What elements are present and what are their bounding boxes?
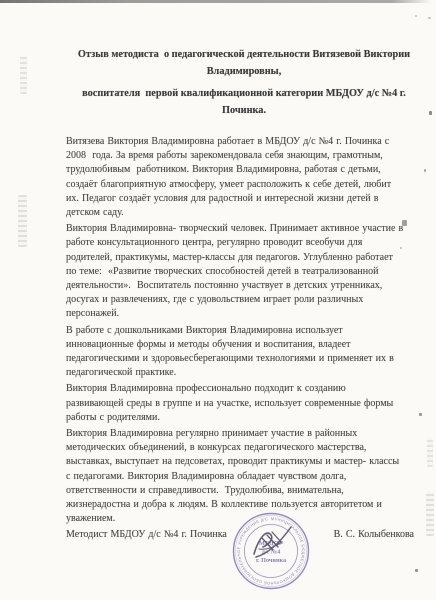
scan-smudge [427,437,433,467]
scanned-document-page: Отзыв методиста о педагогической деятель… [0,0,436,600]
document-content: Отзыв методиста о педагогической деятель… [66,46,422,544]
paragraph-4: Виктория Владимировна профессионально по… [66,382,422,425]
document-subtitle: воспитателя первой квалификационной кате… [66,85,422,119]
scan-smudge [426,492,434,536]
paragraph-3: В работе с дошкольниками Виктория Владим… [66,324,422,381]
scan-speck [429,111,432,115]
signatory-role: Методист МБДОУ д/с №4 г. Починка [66,528,227,542]
scan-speck [400,247,402,249]
scan-smudge [20,56,27,94]
scan-speck [419,413,422,416]
document-title: Отзыв методиста о педагогической деятель… [66,46,422,80]
scan-speck [415,569,418,572]
paragraph-2: Виктория Владимировна- творческий челове… [66,222,422,321]
scan-edge-line [0,0,436,3]
scan-speck [402,220,407,226]
scan-speck [428,17,431,19]
stamp-center-text: МБДОУ д/с №4 г. Починка [256,540,286,564]
svg-text:г. Починка: г. Починка [256,557,286,564]
scan-speck [415,15,417,17]
paragraph-1: Витязева Виктория Владимировна работает … [66,135,422,220]
scan-speck [424,169,426,172]
signatory-name: В. С. Колыбенкова [334,528,414,542]
scan-smudge [18,195,27,247]
official-stamp: МУНИЦИПАЛЬНОЕ БЮДЖЕТНОЕ ДОШКОЛЬНОЕ ОБРАЗ… [219,499,323,600]
